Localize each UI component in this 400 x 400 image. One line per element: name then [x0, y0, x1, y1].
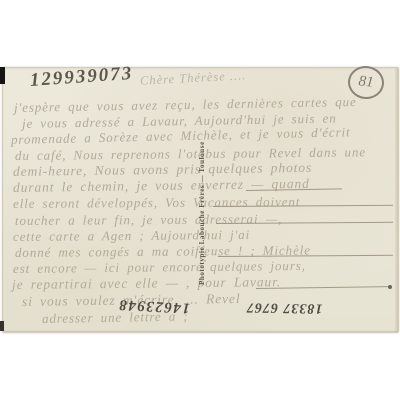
upside-down-number-right: 18337 6767 — [246, 298, 323, 315]
message-line: je repartirai avec elle — , pour Lavaur. — [12, 274, 281, 293]
scan-edge-mark-bottom — [0, 321, 4, 331]
message-line: elle seront développés, Vos Vacances doi… — [13, 194, 300, 212]
postcard-scan: 129939073 Chère Thérèse .... 81 j'espère… — [0, 0, 400, 400]
scan-edge-mark-top — [0, 67, 5, 84]
department-stamp-number: 81 — [358, 73, 375, 91]
pencil-dot — [388, 285, 392, 289]
publisher-credit: Phototypie Labouche Frères — Toulouse — [198, 149, 210, 285]
